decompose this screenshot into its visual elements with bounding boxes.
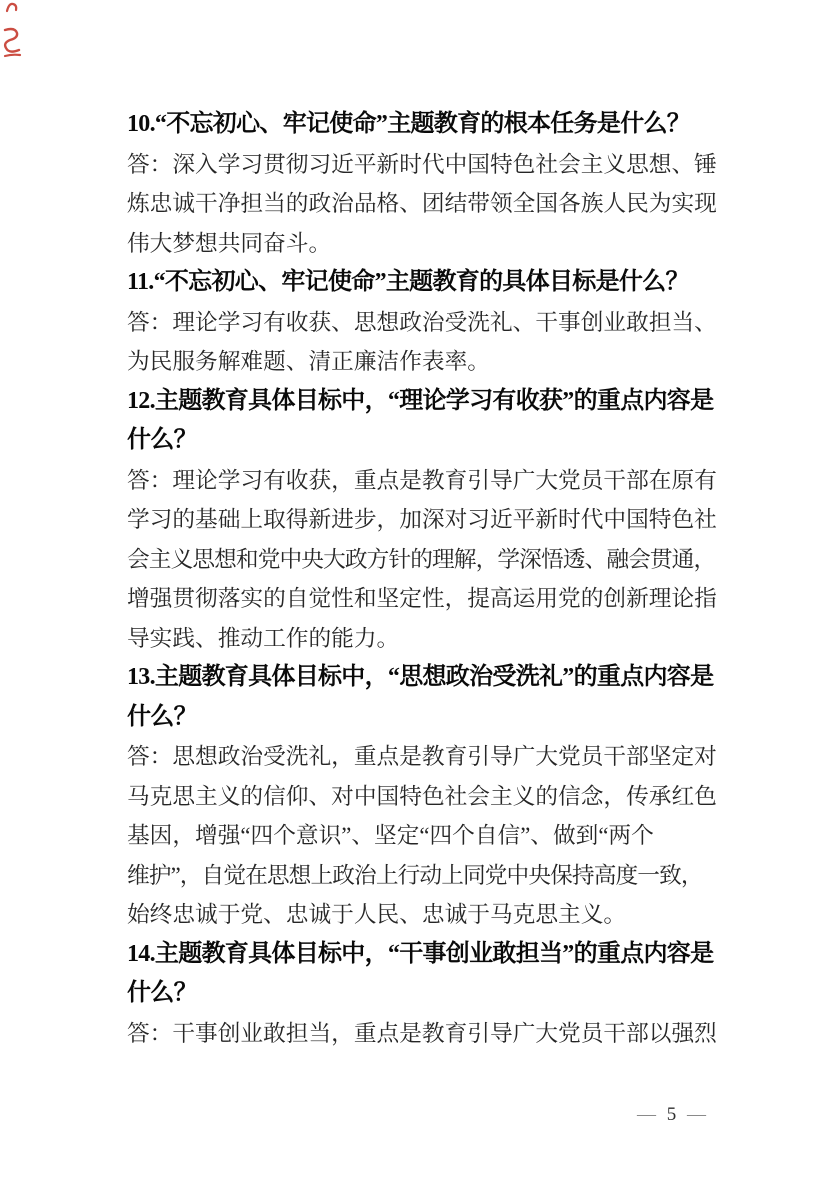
qa-answer-line-10: 炼忠诚干净担当的政治品格、团结带领全国各族人民为实现 bbox=[127, 184, 721, 224]
qa-answer-line-12: 学习的基础上取得新进步，加深对习近平新时代中国特色社 bbox=[127, 500, 721, 540]
red-ink-fragment-top-icon bbox=[5, 1, 19, 14]
red-ink-fragment-icon bbox=[1, 26, 24, 59]
qa-question-line-14: 什么？ bbox=[127, 974, 721, 1014]
qa-answer-line-13: 基因，增强“四个意识”、坚定“四个自信”、做到“两个 bbox=[127, 816, 721, 856]
qa-answer-line-10: 答：深入学习贯彻习近平新时代中国特色社会主义思想、锤 bbox=[127, 145, 721, 185]
qa-answer-line-13: 始终忠诚于党、忠诚于人民、忠诚于马克思主义。 bbox=[127, 895, 721, 935]
qa-question-line-12: 12.主题教育具体目标中，“理论学习有收获”的重点内容是 bbox=[127, 382, 721, 422]
qa-answer-line-13: 马克思主义的信仰、对中国特色社会主义的信念，传承红色 bbox=[127, 777, 721, 817]
qa-question-line-14: 14.主题教育具体目标中，“干事创业敢担当”的重点内容是 bbox=[127, 935, 721, 975]
qa-question-line-13: 13.主题教育具体目标中，“思想政治受洗礼”的重点内容是 bbox=[127, 658, 721, 698]
qa-question-line-13: 什么？ bbox=[127, 698, 721, 738]
document-page: 10.“不忘初心、牢记使命”主题教育的根本任务是什么？答：深入学习贯彻习近平新时… bbox=[0, 0, 840, 1188]
page-number: 5 bbox=[667, 1104, 677, 1125]
qa-answer-line-12: 导实践、推动工作的能力。 bbox=[127, 619, 721, 659]
qa-answer-line-12: 增强贯彻落实的自觉性和坚定性，提高运用党的创新理论指 bbox=[127, 579, 721, 619]
qa-answer-line-12: 会主义思想和党中央大政方针的理解，学深悟透、融会贯通， bbox=[127, 540, 721, 580]
qa-answer-line-11: 答：理论学习有收获、思想政治受洗礼、干事创业敢担当、 bbox=[127, 303, 721, 343]
qa-question-line-12: 什么？ bbox=[127, 421, 721, 461]
qa-content: 10.“不忘初心、牢记使命”主题教育的根本任务是什么？答：深入学习贯彻习近平新时… bbox=[127, 105, 721, 1053]
footer-dash-right: — bbox=[687, 1104, 706, 1125]
page-footer: — 5 — bbox=[631, 1103, 712, 1127]
qa-question-line-10: 10.“不忘初心、牢记使命”主题教育的根本任务是什么？ bbox=[127, 105, 721, 145]
qa-answer-line-13: 答：思想政治受洗礼，重点是教育引导广大党员干部坚定对 bbox=[127, 737, 721, 777]
qa-answer-line-13: 维护”，自觉在思想上政治上行动上同党中央保持高度一致， bbox=[127, 856, 721, 896]
qa-answer-line-14: 答：干事创业敢担当，重点是教育引导广大党员干部以强烈 bbox=[127, 1014, 721, 1054]
qa-answer-line-11: 为民服务解难题、清正廉洁作表率。 bbox=[127, 342, 721, 382]
footer-dash-left: — bbox=[637, 1104, 656, 1125]
qa-answer-line-10: 伟大梦想共同奋斗。 bbox=[127, 224, 721, 264]
qa-question-line-11: 11.“不忘初心、牢记使命”主题教育的具体目标是什么？ bbox=[127, 263, 721, 303]
qa-answer-line-12: 答：理论学习有收获，重点是教育引导广大党员干部在原有 bbox=[127, 461, 721, 501]
